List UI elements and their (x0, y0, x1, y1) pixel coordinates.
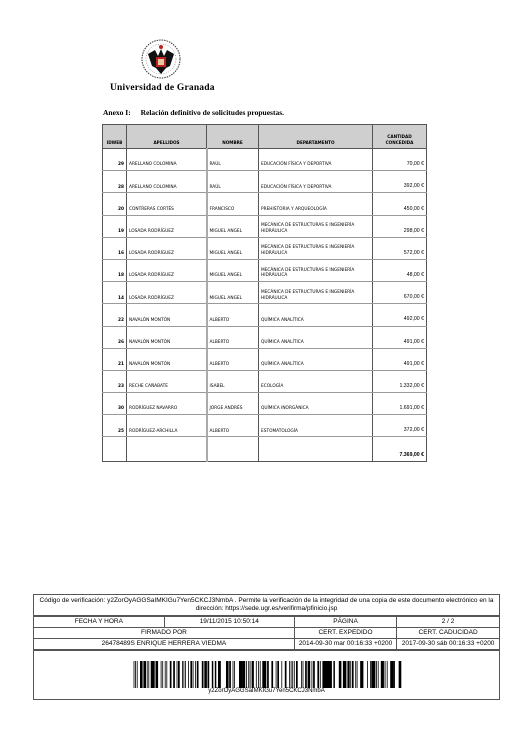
cell-apellidos: NAVALÓN MONTÓN (127, 304, 207, 326)
cell-apellidos: ARELLANO COLOMINA (127, 171, 207, 193)
cell-idweb: 20 (103, 193, 127, 215)
cell-departamento: QUÍMICA INORGÁNICA (259, 393, 373, 415)
table-row: 19LOSADA RODRÍGUEZMIGUEL ANGELMECÁNICA D… (103, 215, 427, 237)
cell-departamento: QUÍMICA ANALÍTICA (259, 326, 373, 348)
cell-nombre: MIGUEL ANGEL (207, 259, 259, 281)
table-row: 14LOSADA RODRÍGUEZMIGUEL ANGELMECÁNICA D… (103, 282, 427, 304)
total-amount: 7.369,00 € (373, 437, 427, 462)
cell-idweb: 23 (103, 370, 127, 392)
caducidad-value: 2017-09-30 sáb 00:16:33 +0200 (397, 638, 499, 649)
cell-cantidad: 70,00 € (373, 149, 427, 171)
cell-cantidad: 372,00 € (373, 415, 427, 437)
cell-apellidos: LOSADA RODRÍGUEZ (127, 282, 207, 304)
annex-label: Anexo I: (103, 108, 131, 117)
cell-cantidad: 670,00 € (373, 282, 427, 304)
cell-departamento: MECÁNICA DE ESTRUCTURAS E INGENIERÍA HID… (259, 282, 373, 304)
cell-idweb: 22 (103, 304, 127, 326)
cell-idweb: 28 (103, 171, 127, 193)
total-empty-cell (207, 437, 259, 462)
cell-nombre: ALBERTO (207, 326, 259, 348)
column-header-nombre: NOMBRE (207, 125, 259, 149)
cell-departamento: MECÁNICA DE ESTRUCTURAS E INGENIERÍA HID… (259, 237, 373, 259)
cell-apellidos: LOSADA RODRÍGUEZ (127, 259, 207, 281)
cell-nombre: JORGE ANDRÉS (207, 393, 259, 415)
cell-nombre: MIGUEL ANGEL (207, 237, 259, 259)
cell-apellidos: NAVALÓN MONTÓN (127, 326, 207, 348)
cell-nombre: MIGUEL ANGEL (207, 282, 259, 304)
table-row: 30RODRÍGUEZ NAVARROJORGE ANDRÉSQUÍMICA I… (103, 393, 427, 415)
cell-cantidad: 491,00 € (373, 326, 427, 348)
table-row: 28ARELLANO COLOMINARAÚLEDUCACIÓN FÍSICA … (103, 171, 427, 193)
firmante-value: 26478489S ENRIQUE HERRERA VIEDMA (34, 638, 294, 649)
cell-idweb: 18 (103, 259, 127, 281)
university-crest-icon (140, 38, 182, 84)
column-header-departamento: DEPARTAMENTO (259, 125, 373, 149)
annex-title: Relación definitivo de solicitudes propu… (141, 108, 284, 117)
cell-nombre: ALBERTO (207, 415, 259, 437)
pagina-label: PÁGINA (294, 617, 396, 628)
cell-departamento: QUÍMICA ANALÍTICA (259, 348, 373, 370)
cell-departamento: QUÍMICA ANALÍTICA (259, 304, 373, 326)
table-row: 18LOSADA RODRÍGUEZMIGUEL ANGELMECÁNICA D… (103, 259, 427, 281)
column-header-idweb: IDWEB (103, 125, 127, 149)
cell-apellidos: NAVALÓN MONTÓN (127, 348, 207, 370)
cell-departamento: EDUCACIÓN FÍSICA Y DEPORTIVA (259, 149, 373, 171)
signature-footer: Código de verificación: y2ZorOyAGGSaIMKI… (33, 594, 500, 700)
cell-idweb: 14 (103, 282, 127, 304)
cell-cantidad: 392,00 € (373, 171, 427, 193)
caducidad-label: CERT. CADUCIDAD (397, 628, 499, 639)
cell-apellidos: CONTRERAS CORTÉS (127, 193, 207, 215)
cell-idweb: 29 (103, 149, 127, 171)
total-empty-cell (127, 437, 207, 462)
column-header-cantidad: CANTIDAD CONCEDIDA (373, 125, 427, 149)
cell-departamento: EDUCACIÓN FÍSICA Y DEPORTIVA (259, 171, 373, 193)
cell-idweb: 21 (103, 348, 127, 370)
barcode-icon (132, 661, 402, 688)
expedido-label: CERT. EXPEDIDO (294, 628, 396, 639)
table-row: 20CONTRERAS CORTÉSFRANCISCOPREHISTORIA Y… (103, 193, 427, 215)
cell-apellidos: RODRÍGUEZ NAVARRO (127, 393, 207, 415)
cell-idweb: 26 (103, 326, 127, 348)
cell-cantidad: 1.332,00 € (373, 370, 427, 392)
cell-apellidos: RECHE CAÑABATE (127, 370, 207, 392)
cell-cantidad: 450,00 € (373, 193, 427, 215)
cell-apellidos: RODRÍGUEZ-ARCHILLA (127, 415, 207, 437)
cell-nombre: ALBERTO (207, 304, 259, 326)
grants-table: IDWEB APELLIDOS NOMBRE DEPARTAMENTO CANT… (102, 124, 427, 462)
cell-cantidad: 572,00 € (373, 237, 427, 259)
table-row: 22NAVALÓN MONTÓNALBERTOQUÍMICA ANALÍTICA… (103, 304, 427, 326)
cell-idweb: 25 (103, 415, 127, 437)
table-row: 29ARELLANO COLOMINARAÚLEDUCACIÓN FÍSICA … (103, 149, 427, 171)
verification-text: Código de verificación: y2ZorOyAGGSaIMKI… (34, 595, 499, 616)
annex-heading: Anexo I: Relación definitivo de solicitu… (103, 108, 284, 117)
cell-departamento: MECÁNICA DE ESTRUCTURAS E INGENIERÍA HID… (259, 215, 373, 237)
fecha-label: FECHA Y HORA (34, 617, 164, 628)
cell-departamento: ESTOMATOLOGÍA (259, 415, 373, 437)
table-row: 25RODRÍGUEZ-ARCHILLAALBERTOESTOMATOLOGÍA… (103, 415, 427, 437)
cell-nombre: FRANCISCO (207, 193, 259, 215)
expedido-value: 2014-09-30 mar 00:16:33 +0200 (294, 638, 396, 649)
column-header-apellidos: APELLIDOS (127, 125, 207, 149)
cell-cantidad: 48,00 € (373, 259, 427, 281)
cell-apellidos: ARELLANO COLOMINA (127, 149, 207, 171)
cell-nombre: MIGUEL ANGEL (207, 215, 259, 237)
cell-departamento: PREHISTORIA Y ARQUEOLOGÍA (259, 193, 373, 215)
barcode-text: y2ZorOyAGGSaIMKIGu7Yen5CKCJ3NmbA (34, 688, 499, 694)
table-row: 16LOSADA RODRÍGUEZMIGUEL ANGELMECÁNICA D… (103, 237, 427, 259)
university-name: Universidad de Granada (110, 83, 215, 93)
total-empty-cell (259, 437, 373, 462)
table-row: 21NAVALÓN MONTÓNALBERTOQUÍMICA ANALÍTICA… (103, 348, 427, 370)
table-row: 26NAVALÓN MONTÓNALBERTOQUÍMICA ANALÍTICA… (103, 326, 427, 348)
cell-departamento: MECÁNICA DE ESTRUCTURAS E INGENIERÍA HID… (259, 259, 373, 281)
pagina-value: 2 / 2 (397, 617, 499, 628)
cell-cantidad: 492,00 € (373, 304, 427, 326)
cell-apellidos: LOSADA RODRÍGUEZ (127, 237, 207, 259)
cell-nombre: ALBERTO (207, 348, 259, 370)
cell-cantidad: 1.691,00 € (373, 393, 427, 415)
table-row: 23RECHE CAÑABATEISABELECOLOGÍA1.332,00 € (103, 370, 427, 392)
total-empty-cell (103, 437, 127, 462)
barcode-area: y2ZorOyAGGSaIMKIGu7Yen5CKCJ3NmbA (34, 650, 499, 699)
total-row: 7.369,00 € (103, 437, 427, 462)
cell-nombre: RAÚL (207, 171, 259, 193)
cell-nombre: RAÚL (207, 149, 259, 171)
cell-idweb: 19 (103, 215, 127, 237)
cell-departamento: ECOLOGÍA (259, 370, 373, 392)
firmado-label: FIRMADO POR (34, 628, 294, 639)
fecha-value: 19/11/2015 10:50:14 (164, 617, 294, 628)
cell-idweb: 30 (103, 393, 127, 415)
cell-cantidad: 298,00 € (373, 215, 427, 237)
cell-apellidos: LOSADA RODRÍGUEZ (127, 215, 207, 237)
cell-idweb: 16 (103, 237, 127, 259)
cell-nombre: ISABEL (207, 370, 259, 392)
cell-cantidad: 491,00 € (373, 348, 427, 370)
table-header-row: IDWEB APELLIDOS NOMBRE DEPARTAMENTO CANT… (103, 125, 427, 149)
